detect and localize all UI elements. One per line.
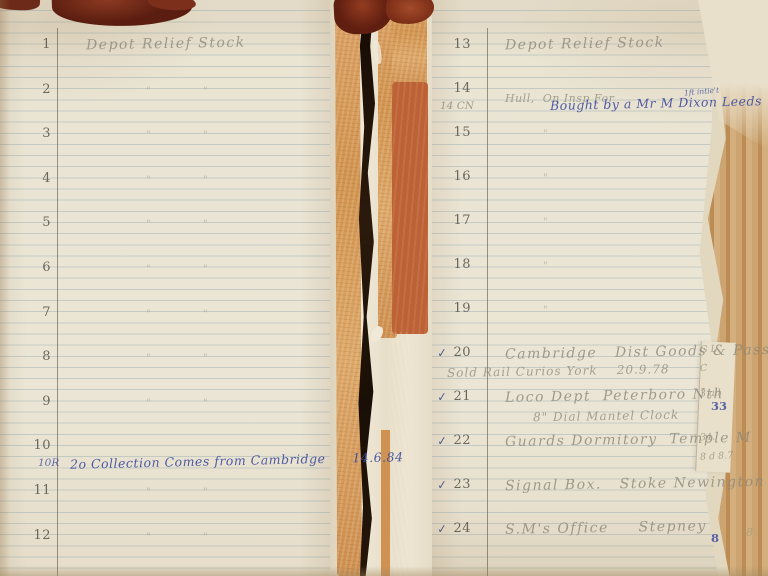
ditto-mark: "	[543, 130, 548, 140]
ink-annotation: 2o Collection Comes from Cambridge 14.6.…	[70, 451, 404, 471]
ditto-mark: "	[203, 533, 208, 543]
margin-note: C	[700, 364, 708, 374]
row-sub-label: 10R	[38, 458, 59, 469]
row-number: 17	[447, 214, 471, 227]
row-number: 18	[447, 258, 471, 271]
ditto-mark: "	[203, 220, 208, 230]
check-mark: ✓	[436, 347, 447, 360]
row-number: 11	[27, 484, 51, 497]
row-number: 16	[447, 170, 471, 183]
entry-text: Signal Box. Stoke Newington	[505, 475, 765, 494]
ditto-mark: "	[146, 354, 151, 364]
entry-continuation: Sold Rail Curios York 20.9.78	[447, 363, 670, 379]
ditto-mark: "	[203, 87, 208, 97]
ditto-mark: "	[543, 218, 548, 228]
ditto-mark: "	[203, 354, 208, 364]
ditto-mark: "	[146, 399, 151, 409]
margin-note: 3 ail	[700, 388, 721, 399]
margin-amount-faint: 8	[746, 527, 753, 538]
ditto-mark: "	[146, 533, 151, 543]
ditto-mark: "	[543, 306, 548, 316]
row-number: 20	[447, 346, 471, 359]
entry-text: Loco Dept Peterboro Nth	[505, 387, 724, 405]
entry-second-line: 8" Dial Mantel Clock	[533, 409, 679, 424]
row-number: 2	[27, 83, 51, 96]
row-number: 22	[447, 434, 471, 447]
margin-note: 34.	[700, 433, 716, 443]
row-number: 7	[27, 306, 51, 319]
row-number: 8	[27, 350, 51, 363]
row-number: 19	[447, 302, 471, 315]
row-number: 5	[27, 216, 51, 229]
margin-amount-ink: 33	[711, 401, 727, 413]
row-number: 21	[447, 390, 471, 403]
ditto-mark: "	[203, 488, 208, 498]
ditto-mark: "	[146, 87, 151, 97]
check-mark: ✓	[436, 391, 447, 404]
ditto-mark: "	[203, 399, 208, 409]
ledger-entries: 1Depot Relief Stock2""3""4""5""6""7""8""…	[0, 0, 768, 576]
row-number: 14	[447, 82, 471, 95]
entry-text: Depot Relief Stock	[86, 36, 246, 53]
row-number: 9	[27, 395, 51, 408]
margin-note: 8 d 8.7	[700, 451, 734, 462]
row-sub-label: 14 CN	[440, 101, 474, 112]
ink-annotation: Bought by a Mr M Dixon Leeds SC 301	[550, 94, 768, 113]
ditto-mark: "	[146, 131, 151, 141]
ditto-mark: "	[203, 131, 208, 141]
row-number: 12	[27, 529, 51, 542]
entry-text: Depot Relief Stock	[505, 36, 665, 53]
row-number: 1	[27, 38, 51, 51]
margin-note: G L	[700, 345, 717, 355]
row-number: 24	[447, 522, 471, 535]
row-number: 10	[27, 439, 51, 452]
row-number: 15	[447, 126, 471, 139]
row-number: 3	[27, 127, 51, 140]
ditto-mark: "	[203, 310, 208, 320]
ditto-mark: "	[203, 265, 208, 275]
ditto-mark: "	[146, 176, 151, 186]
row-number: 23	[447, 478, 471, 491]
check-mark: ✓	[436, 479, 447, 492]
ditto-mark: "	[203, 176, 208, 186]
ditto-mark: "	[146, 220, 151, 230]
row-number: 6	[27, 261, 51, 274]
entry-text: Cambridge Dist Goods & Pass Mgr	[505, 342, 768, 361]
ditto-mark: "	[146, 310, 151, 320]
check-mark: ✓	[436, 523, 447, 536]
ditto-mark: "	[543, 262, 548, 272]
row-number: 13	[447, 38, 471, 51]
ditto-mark: "	[543, 174, 548, 184]
ditto-mark: "	[146, 265, 151, 275]
margin-amount-ink: 8	[711, 533, 719, 545]
entry-text: S.M's Office Stepney	[505, 519, 707, 537]
row-number: 4	[27, 172, 51, 185]
check-mark: ✓	[436, 435, 447, 448]
ledger-photo: 1Depot Relief Stock2""3""4""5""6""7""8""…	[0, 0, 768, 576]
ditto-mark: "	[146, 488, 151, 498]
